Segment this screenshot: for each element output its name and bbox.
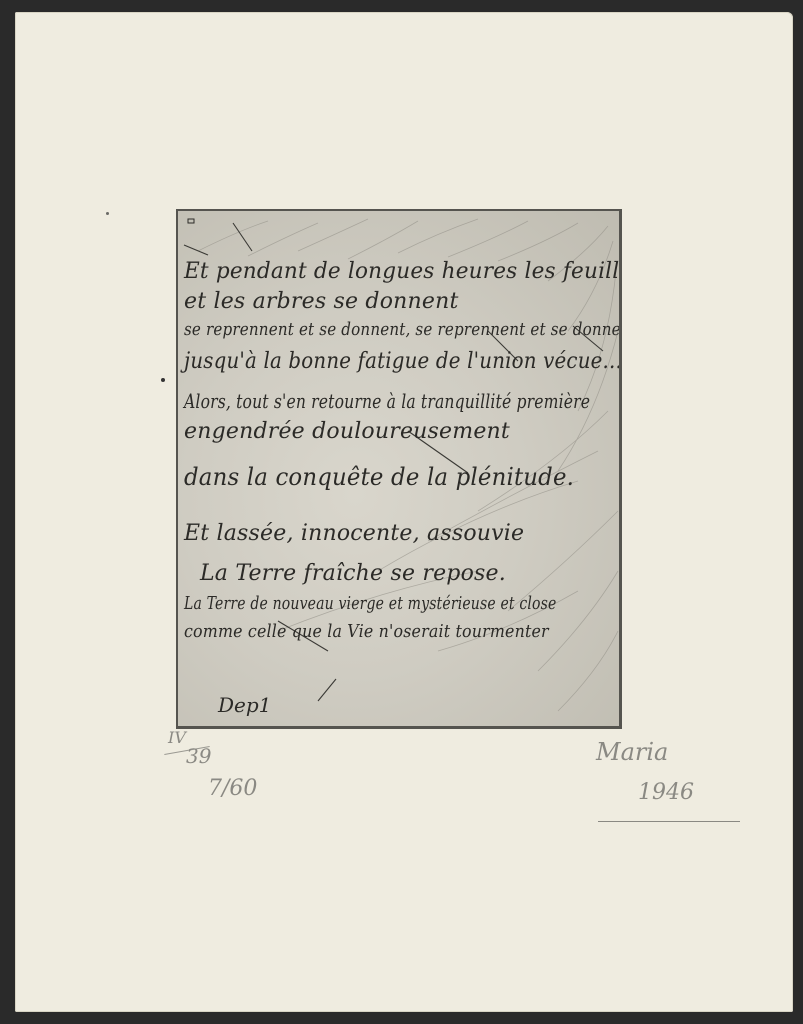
poem-line: La Terre fraîche se repose.	[200, 561, 506, 586]
signature-underline	[598, 821, 740, 822]
signature-year: 1946	[638, 780, 694, 805]
poem-line: dans la conquête de la plénitude.	[184, 463, 574, 491]
paper-speck	[106, 212, 109, 215]
poem-line: se reprennent et se donnent, se reprenne…	[184, 319, 622, 340]
paper-speck	[161, 378, 165, 382]
artist-signature: Maria	[596, 738, 668, 766]
poem-line: La Terre de nouveau vierge et mystérieus…	[184, 593, 556, 614]
poem-line: et les arbres se donnent	[184, 289, 459, 314]
poem-line: jusqu'à la bonne fatigue de l'union vécu…	[184, 349, 622, 374]
state-annotation: IV	[168, 728, 186, 747]
etched-plate: Et pendant de longues heures les feuille…	[176, 209, 622, 729]
poem-line: Alors, tout s'en retourne à la tranquill…	[184, 389, 590, 413]
plate-initials: Dep1	[218, 693, 271, 717]
poem-line: engendrée douloureusement	[184, 419, 510, 444]
poem-line: comme celle que la Vie n'oserait tourmen…	[184, 621, 549, 642]
edition-total: 7/60	[208, 776, 257, 801]
poem-line: Et pendant de longues heures les feuille…	[184, 259, 622, 284]
poem-line: Et lassée, innocente, assouvie	[184, 521, 524, 546]
edition-number: 39	[186, 744, 211, 768]
